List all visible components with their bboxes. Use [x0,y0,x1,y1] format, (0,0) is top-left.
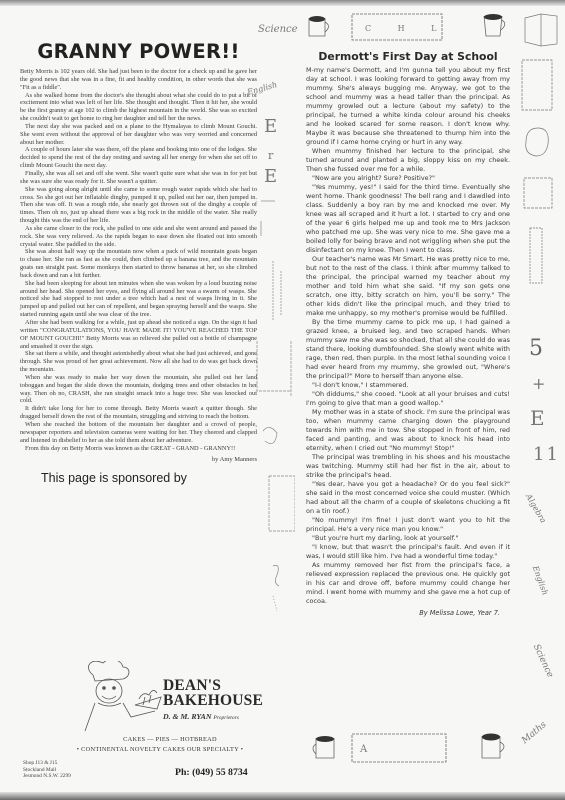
handwriting-maths: Maths [520,720,548,746]
granny-story-paragraph: A couple of hours later she was there, o… [20,146,257,170]
dermott-story-paragraph: When mummy finished her lecture to the p… [306,147,510,174]
handwriting-plus: + [532,374,545,393]
granny-story-paragraph: As she walked home from the doctor's she… [20,92,257,123]
address-line-2: Stockland Mall [23,767,71,774]
handwriting-letter-r: r [268,149,273,162]
dermott-story-body: M-my name's Dermott, and I'm gunna tell … [306,66,510,606]
mug-icon [312,734,342,762]
mug-icon [305,14,335,38]
granny-story-paragraph: The next day she was packed and on a pla… [20,123,257,147]
handwriting-number-5: 5 [529,336,543,361]
dermott-story-paragraph: M-my name's Dermott, and I'm gunna tell … [306,66,510,147]
address-line-1: Shop J13 & J15 [23,760,71,767]
granny-story-paragraph: She was going along alright until she ca… [20,186,257,225]
bakery-advertisement: DEAN'S BAKEHOUSE D. & M. RYAN Proprietor… [55,671,280,791]
dermott-story-title: Dermott's First Day at School [306,50,510,63]
nameplate-bottom-text: A [360,744,367,755]
dermott-story-paragraph: My mother was in a state of shock. I'm s… [306,408,510,453]
granny-story-paragraph: From this day on Betty Morris was known … [20,445,257,453]
bakery-address: Shop J13 & J15 Stockland Mall Jesmond N.… [23,760,71,780]
dermott-story-paragraph: Our teacher's name was Mr Smart. He was … [306,255,510,318]
handwriting-algebra: Algebra [524,492,548,524]
granny-story: GRANNY POWER!! Betty Morris is 102 years… [20,40,257,485]
granny-story-paragraph: After she had been walking for a while, … [20,319,257,350]
proprietor-label: Proprietors [213,715,238,721]
handwriting-science-right: Science [531,643,555,679]
bakery-phone: Ph: (049) 55 8734 [175,767,248,778]
handwriting-eleven: 11 [533,444,560,465]
bakery-name-line2: BAKEHOUSE [163,693,263,708]
granny-story-paragraph: She was about half way up the mountain n… [20,248,257,279]
granny-story-paragraph: Betty Morris is 102 years old. She had j… [20,68,257,92]
granny-story-byline: by Amy Manners [20,456,257,463]
dermott-story-paragraph: "Oh diddums," she cooed. "Look at all yo… [306,390,510,408]
dermott-story: Dermott's First Day at School M-my name'… [306,50,510,617]
dermott-story-paragraph: "I-I don't know," I stammered. [306,381,510,390]
mug-icon [478,732,512,762]
bakery-name: DEAN'S BAKEHOUSE [163,678,263,708]
granny-story-title: GRANNY POWER!! [20,40,257,63]
granny-story-paragraph: When she was ready to make her way down … [20,374,257,405]
dermott-story-paragraph: By the time mummy came to pick me up, I … [306,318,510,381]
bakery-proprietors: D. & M. RYAN Proprietors [163,712,239,721]
dermott-story-paragraph: "But you're hurt my darling, look at you… [306,534,510,543]
handwriting-science: Science [258,24,298,35]
handwriting-letter-e-2: E [264,166,277,187]
dermott-story-paragraph: "No mummy! I'm fine! I just don't want y… [306,516,510,534]
sponsor-heading: This page is sponsored by [41,471,257,485]
dermott-story-paragraph: "Yes mummy, yes!" I said for the third t… [306,183,510,255]
address-line-3: Jesmond N.S.W. 2299 [23,773,71,780]
proprietor-names: D. & M. RYAN [163,712,211,721]
dermott-story-paragraph: "I know, but that wasn't the principal's… [306,543,510,561]
granny-story-paragraph: As she came closer to the rock, she pull… [20,225,257,249]
chef-illustration-icon [65,661,165,733]
granny-story-paragraph: Finally, she was all set and off she wen… [20,170,257,186]
dermott-story-paragraph: "Yes dear, have you got a headache? Or d… [306,480,510,516]
bakery-specialty: • CONTINENTAL NOVELTY CAKES OUR SPECIALT… [25,746,295,753]
nameplate-top-text: C H L [365,24,449,33]
open-book-icon [523,12,561,48]
handwriting-letter-e-right: E [530,406,545,430]
dermott-story-paragraph: "Now are you alright? Sure? Positive?" [306,174,510,183]
dermott-story-paragraph: As mummy removed her fist from the princ… [306,561,510,606]
newsletter-page: GRANNY POWER!! Betty Morris is 102 years… [0,6,565,792]
handwriting-letter-e: E [264,116,277,137]
bakery-products: CAKES — PIES — HOTBREAD [50,736,290,743]
scan-edge-bottom [0,792,565,800]
handwriting-english-right: English [531,565,550,597]
margin-sketches-left [255,191,295,711]
granny-story-paragraph: She sat there a while, and thought aston… [20,350,257,374]
granny-story-body: Betty Morris is 102 years old. She had j… [20,68,257,452]
mug-icon [480,12,510,38]
dermott-story-paragraph: The principal was trembling in his shoes… [306,453,510,480]
granny-story-paragraph: She had been sleeping for about ten minu… [20,280,257,319]
granny-story-paragraph: When she reached the bottom of the mount… [20,421,257,445]
dermott-story-byline: By Melissa Lowe, Year 7. [306,609,510,617]
bakery-name-line1: DEAN'S [163,678,263,693]
granny-story-paragraph: It didn't take long for her to come thro… [20,405,257,421]
